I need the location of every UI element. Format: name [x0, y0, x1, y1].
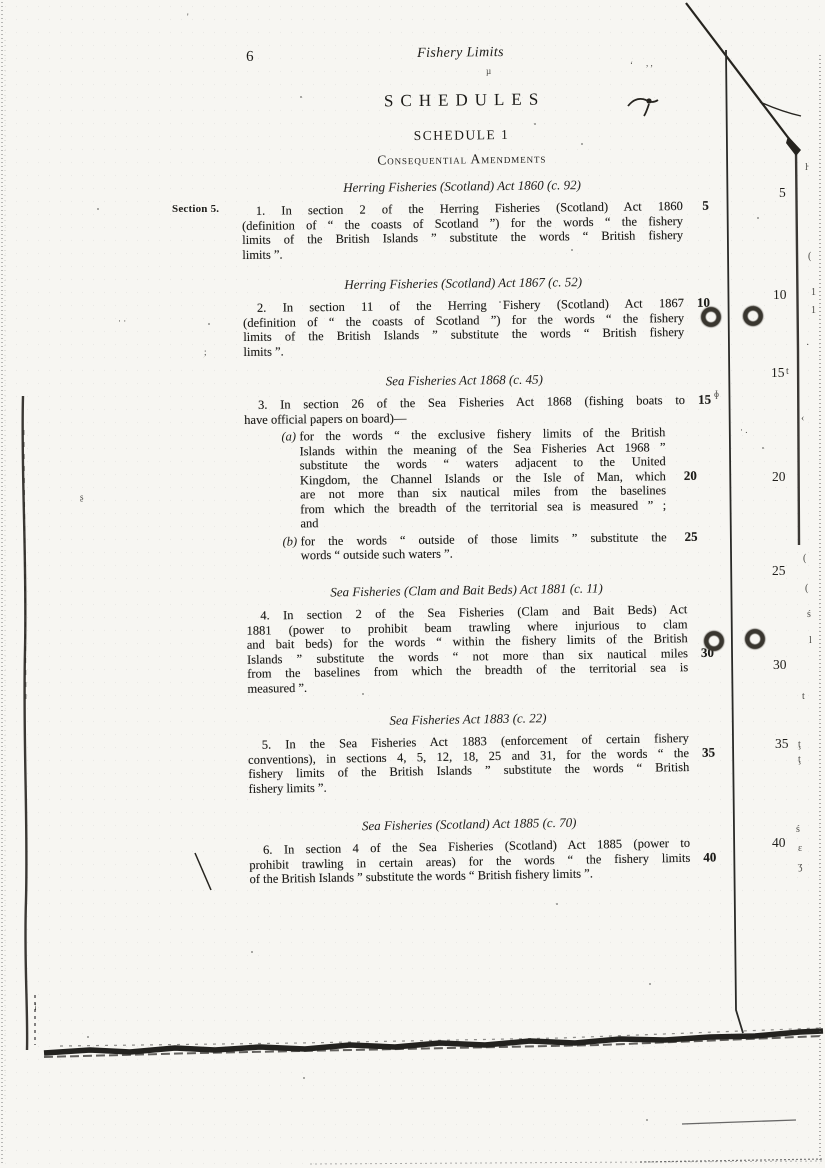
- sheet-edge-line: [796, 150, 799, 545]
- left-crease-line: [23, 396, 28, 1050]
- act-title: Sea Fisheries Act 1868 (c. 45): [244, 370, 685, 391]
- left-crease-texture: [24, 430, 26, 700]
- dust-speck: [208, 323, 210, 325]
- text-line: and: [300, 512, 666, 531]
- dust-speck: [87, 1036, 89, 1038]
- margin-note: Section 5.: [172, 203, 219, 215]
- crease-line: [686, 3, 796, 148]
- dust-speck: [424, 541, 426, 543]
- margin-line-number: 20: [772, 469, 786, 485]
- margin-line-number: 10: [773, 287, 787, 303]
- paragraph: 4. In section 2 of the Sea Fisheries (Cl…: [246, 602, 688, 696]
- act-section: Sea Fisheries (Clam and Bait Beds) Act 1…: [246, 579, 689, 696]
- sub-paragraph: (b)for the words “ outside of those limi…: [246, 530, 667, 564]
- char-speck: ɸ: [714, 389, 719, 399]
- dust-speck: [534, 123, 536, 125]
- char-speck: ʻ: [630, 60, 633, 70]
- margin-line-number: 40: [772, 835, 786, 851]
- dust-speck: [556, 903, 558, 905]
- paragraph: 5. In the Sea Fisheries Act 1883 (enforc…: [248, 730, 690, 795]
- margin-line-number: 30: [773, 657, 787, 673]
- inline-line-number: 25: [684, 529, 697, 544]
- paragraph: 6. In section 4 of the Sea Fisheries (Sc…: [249, 835, 691, 886]
- act-title: Herring Fisheries (Scotland) Act 1867 (c…: [243, 273, 684, 294]
- dust-speck: [646, 1119, 648, 1121]
- margin-line-number: 35: [775, 736, 789, 752]
- edge-glyph: ŀ: [805, 162, 808, 173]
- act-section: Herring Fisheries (Scotland) Act 1860 (c…: [242, 176, 684, 262]
- edge-glyph: ś: [796, 824, 800, 835]
- act-section: Sea Fisheries (Scotland) Act 1885 (c. 70…: [249, 812, 691, 886]
- page-number: 6: [246, 49, 254, 66]
- page-edge-line: [726, 50, 743, 1033]
- act-title: Sea Fisheries (Clam and Bait Beds) Act 1…: [246, 579, 687, 602]
- torn-edge-fray: [44, 1036, 823, 1057]
- edge-glyph: 1: [811, 305, 816, 316]
- punch-hole: [741, 304, 765, 328]
- char-speck: · ·: [118, 316, 126, 326]
- consequential-amendments-subheading: Consequential Amendments: [241, 149, 682, 170]
- running-title: Fishery Limits: [240, 43, 681, 64]
- crease-branch: [760, 102, 801, 116]
- edge-glyph: (: [803, 553, 806, 564]
- running-header: 6 Fishery Limits: [240, 43, 681, 65]
- text-line: words “ outside such waters ”.: [301, 544, 667, 563]
- act-title: Sea Fisheries Act 1883 (c. 22): [247, 707, 688, 730]
- paragraph: 1. In section 2 of the Herring Fisheries…: [242, 199, 684, 262]
- edge-glyph: l: [809, 635, 812, 646]
- edge-glyph: ţ: [798, 739, 801, 750]
- inline-line-number: 40: [703, 849, 716, 864]
- edge-glyph: ·: [806, 340, 809, 351]
- char-speck: µ: [486, 66, 491, 76]
- char-speck: , ,: [646, 58, 653, 68]
- schedules-heading: SCHEDULES: [241, 88, 682, 113]
- paragraph: 2. In section 11 of the Herring Fishery …: [243, 296, 685, 359]
- act-title: Herring Fisheries (Scotland) Act 1860 (c…: [242, 176, 683, 197]
- sub-paragraph-label: (a): [281, 429, 296, 444]
- sections: Herring Fisheries (Scotland) Act 1860 (c…: [242, 176, 691, 885]
- char-speck: ': [187, 12, 189, 22]
- edge-glyph: t: [786, 366, 789, 377]
- char-speck: ¡: [34, 1000, 37, 1010]
- edge-glyph: ţ: [798, 754, 801, 765]
- inline-line-number: 35: [702, 745, 715, 760]
- edge-glyph: (: [805, 583, 808, 594]
- stray-stroke: [195, 853, 211, 890]
- edge-glyph: ś: [807, 609, 811, 620]
- dust-speck: [762, 447, 764, 449]
- bottom-dotted-line: [310, 1161, 824, 1164]
- edge-glyph: ʒ: [798, 861, 802, 872]
- inline-line-number: 20: [684, 468, 697, 483]
- dust-speck: [331, 861, 333, 863]
- edge-glyph: t: [802, 691, 805, 702]
- dust-speck: [303, 1077, 305, 1079]
- torn-edge-fray2: [60, 1028, 820, 1046]
- schedule1-heading: SCHEDULE 1: [241, 125, 682, 146]
- torn-edge-band: [44, 1031, 823, 1053]
- edge-glyph: ɛ: [798, 843, 802, 854]
- margin-line-number: 25: [772, 563, 786, 579]
- bottom-thin-line: [682, 1120, 796, 1124]
- inline-line-number: 5: [702, 199, 709, 214]
- inline-line-number: 15: [698, 393, 711, 408]
- punch-hole: [702, 629, 726, 653]
- margin-line-number: 15: [771, 365, 785, 381]
- act-title: Sea Fisheries (Scotland) Act 1885 (c. 70…: [249, 812, 690, 835]
- act-section: Sea Fisheries Act 1868 (c. 45)3. In sect…: [244, 370, 687, 563]
- dust-speck: [499, 301, 501, 303]
- paragraph: 3. In section 26 of the Sea Fisheries Ac…: [244, 393, 685, 427]
- punch-hole: [743, 627, 767, 651]
- dust-speck: [581, 143, 583, 145]
- margin-line-number: 5: [779, 185, 786, 201]
- crease-blob: [786, 136, 801, 156]
- sub-paragraph: (a)for the words “ the exclusive fishery…: [244, 425, 666, 531]
- scanned-page: 6 Fishery Limits SCHEDULES SCHEDULE 1 Co…: [0, 0, 825, 1168]
- dust-speck: [571, 249, 573, 251]
- dust-speck: [97, 208, 99, 210]
- sub-paragraph-label: (b): [283, 534, 298, 549]
- dust-speck: [757, 217, 759, 219]
- dust-speck: [362, 693, 364, 695]
- edge-glyph: 1: [811, 287, 816, 298]
- char-speck: ʂ: [80, 492, 84, 502]
- dust-speck: [251, 951, 253, 953]
- char-speck: ;: [204, 347, 207, 357]
- act-section: Sea Fisheries Act 1883 (c. 22)5. In the …: [247, 707, 689, 795]
- edge-glyph: (: [808, 251, 811, 262]
- act-section: Herring Fisheries (Scotland) Act 1867 (c…: [243, 273, 685, 359]
- char-speck: · .: [740, 425, 748, 435]
- bottom-dotted-line-dark: [640, 1159, 824, 1162]
- dust-speck: [649, 983, 651, 985]
- edge-glyph: ‹: [801, 413, 804, 424]
- punch-hole: [699, 305, 723, 329]
- dust-speck: [300, 96, 302, 98]
- text-column: 6 Fishery Limits SCHEDULES SCHEDULE 1 Co…: [240, 43, 691, 901]
